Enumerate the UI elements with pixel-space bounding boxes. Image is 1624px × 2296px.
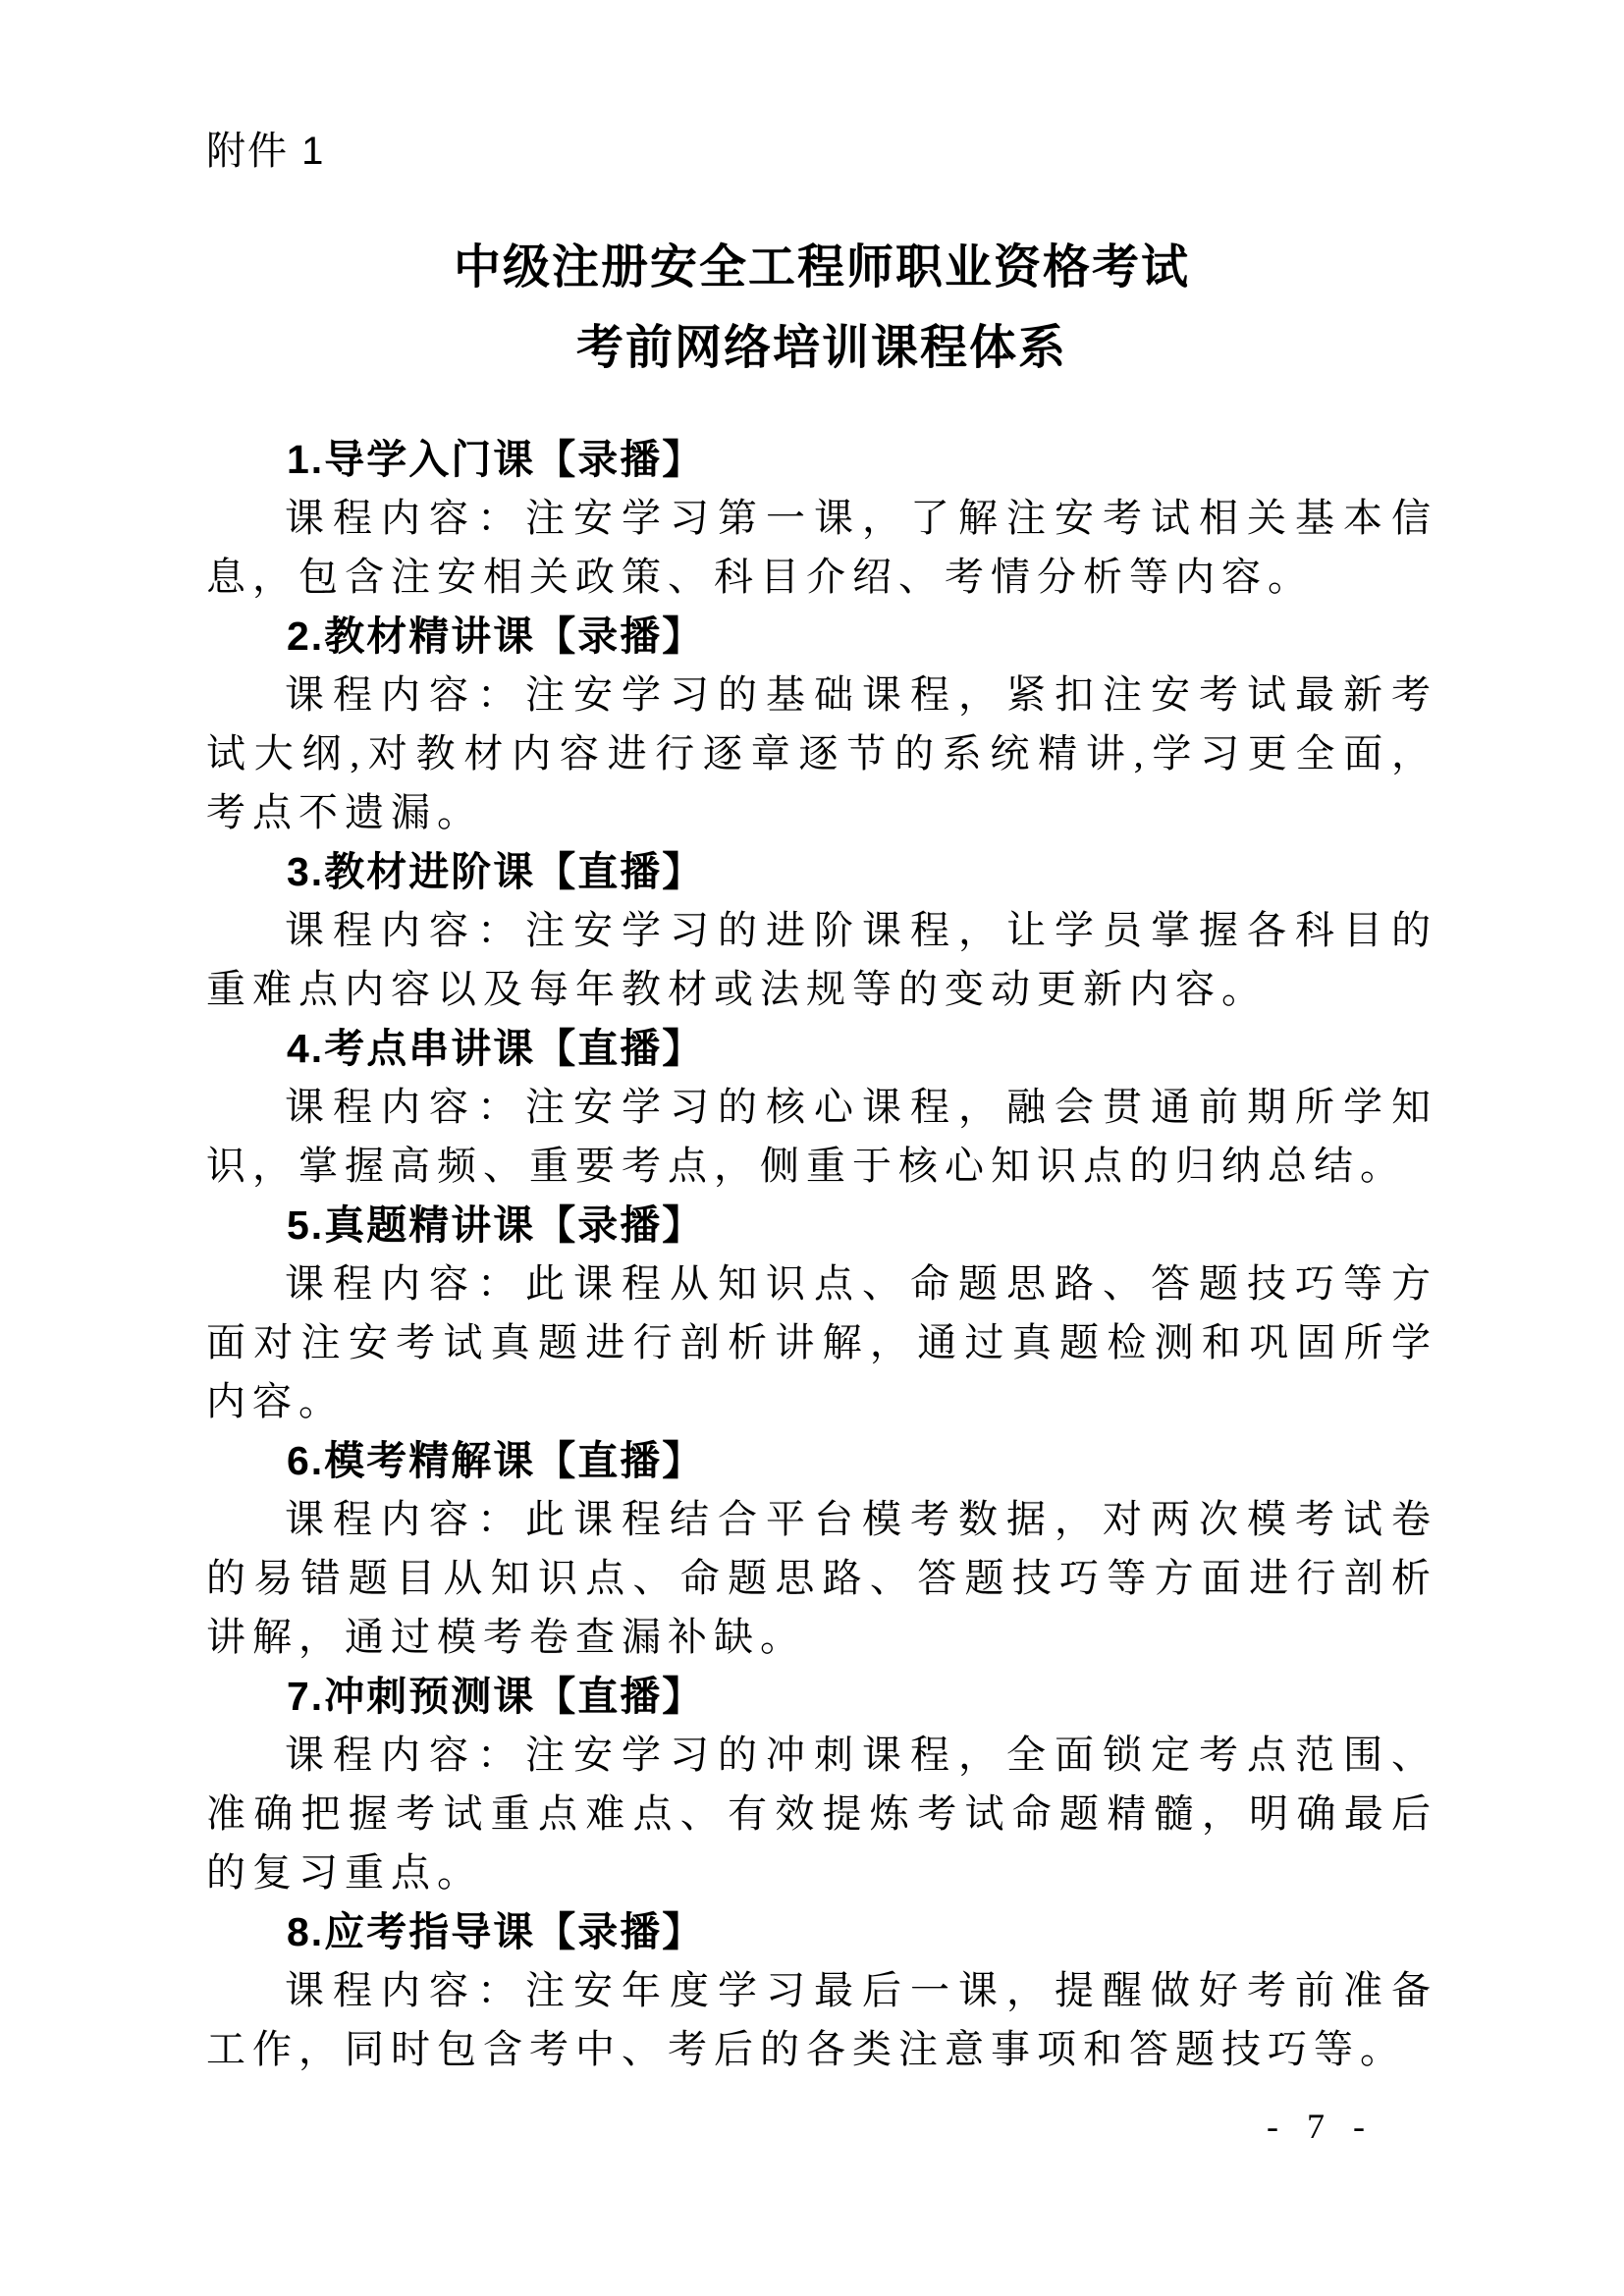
page-number: - 7 -	[1267, 2106, 1375, 2147]
course-section-heading: 7.冲刺预测课【直播】	[206, 1667, 1437, 1726]
course-section: 6.模考精解课【直播】 课程内容：此课程结合平台模考数据，对两次模考试卷的易错题…	[206, 1431, 1437, 1667]
course-section-heading: 3.教材进阶课【直播】	[206, 842, 1437, 901]
course-section-heading: 2.教材精讲课【录播】	[206, 607, 1437, 666]
document-page: 附件 1 中级注册安全工程师职业资格考试 考前网络培训课程体系 1.导学入门课【…	[0, 0, 1624, 2296]
course-section-content: 课程内容：注安学习的基础课程，紧扣注安考试最新考试大纲,对教材内容进行逐章逐节的…	[206, 666, 1437, 842]
course-section: 2.教材精讲课【录播】 课程内容：注安学习的基础课程，紧扣注安考试最新考试大纲,…	[206, 607, 1437, 842]
course-section-heading: 4.考点串讲课【直播】	[206, 1019, 1437, 1078]
course-section-heading: 1.导学入门课【录播】	[206, 430, 1437, 489]
course-section: 1.导学入门课【录播】 课程内容：注安学习第一课，了解注安考试相关基本信息，包含…	[206, 430, 1437, 607]
attachment-label: 附件 1	[206, 126, 1437, 177]
course-section: 3.教材进阶课【直播】 课程内容：注安学习的进阶课程，让学员掌握各科目的重难点内…	[206, 842, 1437, 1019]
course-section-heading: 8.应考指导课【录播】	[206, 1902, 1437, 1961]
course-section-content: 课程内容：注安学习的进阶课程，让学员掌握各科目的重难点内容以及每年教材或法规等的…	[206, 901, 1437, 1019]
course-section-content: 课程内容：此课程从知识点、命题思路、答题技巧等方面对注安考试真题进行剖析讲解，通…	[206, 1255, 1437, 1431]
document-title-line1: 中级注册安全工程师职业资格考试	[206, 228, 1437, 308]
document-title-line2: 考前网络培训课程体系	[206, 308, 1437, 389]
course-section: 8.应考指导课【录播】 课程内容：注安年度学习最后一课，提醒做好考前准备工作，同…	[206, 1902, 1437, 2079]
course-section-content: 课程内容：注安年度学习最后一课，提醒做好考前准备工作，同时包含考中、考后的各类注…	[206, 1961, 1437, 2079]
course-section-content: 课程内容：注安学习第一课，了解注安考试相关基本信息，包含注安相关政策、科目介绍、…	[206, 489, 1437, 607]
course-section-content: 课程内容：注安学习的核心课程，融会贯通前期所学知识，掌握高频、重要考点，侧重于核…	[206, 1078, 1437, 1196]
course-section-content: 课程内容：此课程结合平台模考数据，对两次模考试卷的易错题目从知识点、命题思路、答…	[206, 1490, 1437, 1667]
course-section: 5.真题精讲课【录播】 课程内容：此课程从知识点、命题思路、答题技巧等方面对注安…	[206, 1196, 1437, 1431]
course-section-heading: 6.模考精解课【直播】	[206, 1431, 1437, 1490]
course-section-heading: 5.真题精讲课【录播】	[206, 1196, 1437, 1255]
course-section-content: 课程内容：注安学习的冲刺课程，全面锁定考点范围、准确把握考试重点难点、有效提炼考…	[206, 1726, 1437, 1902]
course-section: 7.冲刺预测课【直播】 课程内容：注安学习的冲刺课程，全面锁定考点范围、准确把握…	[206, 1667, 1437, 1902]
course-sections: 1.导学入门课【录播】 课程内容：注安学习第一课，了解注安考试相关基本信息，包含…	[206, 430, 1437, 2079]
course-section: 4.考点串讲课【直播】 课程内容：注安学习的核心课程，融会贯通前期所学知识，掌握…	[206, 1019, 1437, 1196]
